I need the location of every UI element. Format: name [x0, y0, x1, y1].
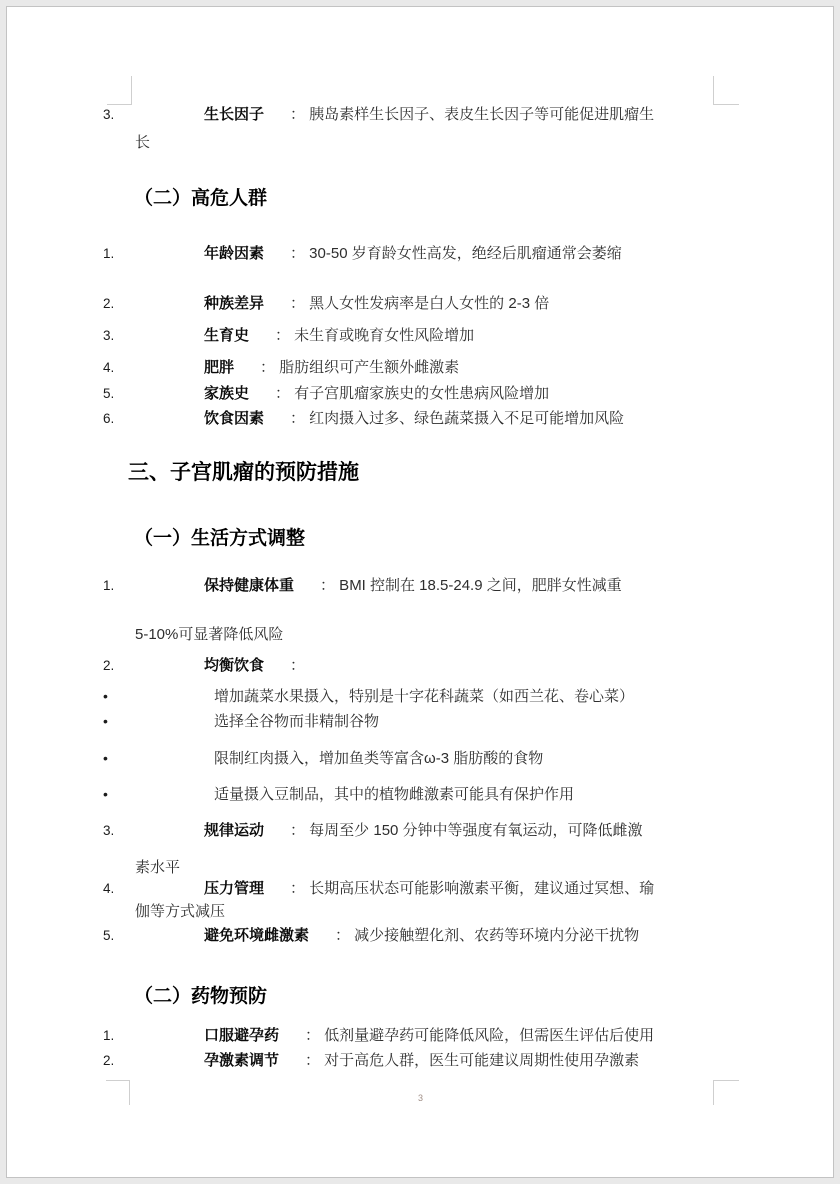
margin-crop-mark-top-left: [107, 76, 132, 105]
item-term: 压力管理: [204, 880, 264, 897]
word-page: 3.生长因子： 胰岛素样生长因子、表皮生长因子等可能促进肌瘤生 长 （二）高危人…: [6, 6, 834, 1178]
document-canvas: 3.生长因子： 胰岛素样生长因子、表皮生长因子等可能促进肌瘤生 长 （二）高危人…: [0, 0, 840, 1184]
item-desc: ： 脂肪组织可产生额外雌激素: [260, 359, 459, 376]
list-item-reproductive-history: 3.生育史： 未生育或晚育女性风险增加: [103, 326, 474, 346]
item-desc: ：: [290, 657, 305, 674]
list-item-balanced-diet: 2.均衡饮食：: [103, 656, 305, 676]
list-item-progesterone-regulation: 2.孕激素调节： 对于高危人群，医生可能建议周期性使用孕激素: [103, 1051, 639, 1071]
bullet-text: 选择全谷物而非精制谷物: [214, 713, 379, 730]
item-number: 2.: [103, 294, 204, 314]
item-term: 家族史: [204, 385, 249, 402]
list-item-family-history: 5.家族史： 有子宫肌瘤家族史的女性患病风险增加: [103, 384, 549, 404]
wrap-line-healthy-weight: 5-10%可显著降低风险: [135, 623, 283, 644]
wrap-line-regular-exercise: 素水平: [135, 856, 180, 877]
bullet-item-soy-products: •适量摄入豆制品，其中的植物雌激素可能具有保护作用: [103, 784, 574, 805]
item-number: 6.: [103, 409, 204, 429]
list-item-diet-factor: 6.饮食因素： 红肉摄入过多、绿色蔬菜摄入不足可能增加风险: [103, 409, 624, 429]
bullet-icon: •: [103, 784, 214, 804]
list-item-age: 1.年龄因素： 30-50 岁育龄女性高发，绝经后肌瘤通常会萎缩: [103, 244, 622, 264]
bullet-icon: •: [103, 686, 214, 706]
item-term: 生长因子: [204, 106, 264, 123]
bullet-item-red-meat: •限制红肉摄入，增加鱼类等富含ω-3 脂肪酸的食物: [103, 748, 543, 769]
item-term: 避免环境雌激素: [204, 927, 309, 944]
margin-crop-mark-bottom-right: [713, 1080, 739, 1105]
item-desc: ： 胰岛素样生长因子、表皮生长因子等可能促进肌瘤生: [290, 106, 654, 123]
bullet-text: 限制红肉摄入，增加鱼类等富含ω-3 脂肪酸的食物: [214, 750, 543, 767]
list-item-regular-exercise: 3.规律运动： 每周至少 150 分钟中等强度有氧运动，可降低雌激: [103, 821, 643, 841]
item-number: 2.: [103, 656, 204, 676]
wrap-line-growth-factor: 长: [135, 131, 150, 152]
item-desc: ： 低剂量避孕药可能降低风险，但需医生评估后使用: [305, 1027, 654, 1044]
margin-crop-mark-bottom-left: [106, 1080, 130, 1105]
list-item-ethnicity: 2.种族差异： 黑人女性发病率是白人女性的 2-3 倍: [103, 294, 549, 314]
bullet-text: 增加蔬菜水果摄入，特别是十字花科蔬菜（如西兰花、卷心菜）: [214, 688, 634, 705]
section-heading-medication: （二）药物预防: [134, 981, 267, 1008]
item-term: 口服避孕药: [204, 1027, 279, 1044]
item-desc: ： 每周至少 150 分钟中等强度有氧运动，可降低雌激: [290, 822, 643, 839]
item-number: 5.: [103, 384, 204, 404]
list-item-stress-management: 4.压力管理： 长期高压状态可能影响激素平衡，建议通过冥想、瑜: [103, 879, 654, 899]
item-desc: ： 红肉摄入过多、绿色蔬菜摄入不足可能增加风险: [290, 410, 624, 427]
bullet-text: 适量摄入豆制品，其中的植物雌激素可能具有保护作用: [214, 786, 574, 803]
margin-crop-mark-top-right: [713, 76, 739, 105]
item-number: 3.: [103, 821, 204, 841]
item-term: 肥胖: [204, 359, 234, 376]
bullet-item-vegetables: •增加蔬菜水果摄入，特别是十字花科蔬菜（如西兰花、卷心菜）: [103, 686, 634, 707]
item-term: 孕激素调节: [204, 1052, 279, 1069]
item-number: 1.: [103, 1026, 204, 1046]
list-item-growth-factor: 3.生长因子： 胰岛素样生长因子、表皮生长因子等可能促进肌瘤生: [103, 105, 654, 125]
item-desc: ： 未生育或晚育女性风险增加: [275, 327, 474, 344]
item-number: 1.: [103, 576, 204, 596]
list-item-environmental-estrogen: 5.避免环境雌激素： 减少接触塑化剂、农药等环境内分泌干扰物: [103, 926, 639, 946]
chapter-heading-prevention: 三、子宫肌瘤的预防措施: [128, 456, 359, 486]
bullet-icon: •: [103, 711, 214, 731]
item-term: 规律运动: [204, 822, 264, 839]
item-term: 均衡饮食: [204, 657, 264, 674]
item-term: 保持健康体重: [204, 577, 294, 594]
item-desc: ： 对于高危人群，医生可能建议周期性使用孕激素: [305, 1052, 639, 1069]
item-number: 1.: [103, 244, 204, 264]
item-number: 3.: [103, 326, 204, 346]
item-desc: ： 30-50 岁育龄女性高发，绝经后肌瘤通常会萎缩: [290, 245, 622, 262]
item-term: 年龄因素: [204, 245, 264, 262]
bullet-item-whole-grains: •选择全谷物而非精制谷物: [103, 711, 379, 732]
item-desc: ： 黑人女性发病率是白人女性的 2-3 倍: [290, 295, 549, 312]
item-desc: ： BMI 控制在 18.5-24.9 之间，肥胖女性减重: [320, 577, 622, 594]
list-item-obesity: 4.肥胖： 脂肪组织可产生额外雌激素: [103, 358, 459, 378]
item-number: 2.: [103, 1051, 204, 1071]
list-item-oral-contraceptive: 1.口服避孕药： 低剂量避孕药可能降低风险，但需医生评估后使用: [103, 1026, 654, 1046]
item-number: 4.: [103, 879, 204, 899]
wrap-line-stress-management: 伽等方式减压: [135, 900, 225, 921]
item-number: 3.: [103, 105, 204, 125]
item-desc: ： 减少接触塑化剂、农药等环境内分泌干扰物: [335, 927, 639, 944]
page-number: 3: [418, 1093, 423, 1103]
item-term: 种族差异: [204, 295, 264, 312]
item-desc: ： 长期高压状态可能影响激素平衡，建议通过冥想、瑜: [290, 880, 654, 897]
item-number: 5.: [103, 926, 204, 946]
section-heading-high-risk: （二）高危人群: [134, 183, 267, 210]
section-heading-lifestyle: （一）生活方式调整: [134, 523, 305, 550]
item-number: 4.: [103, 358, 204, 378]
item-term: 饮食因素: [204, 410, 264, 427]
item-term: 生育史: [204, 327, 249, 344]
list-item-healthy-weight: 1.保持健康体重： BMI 控制在 18.5-24.9 之间，肥胖女性减重: [103, 576, 622, 596]
item-desc: ： 有子宫肌瘤家族史的女性患病风险增加: [275, 385, 549, 402]
bullet-icon: •: [103, 748, 214, 768]
